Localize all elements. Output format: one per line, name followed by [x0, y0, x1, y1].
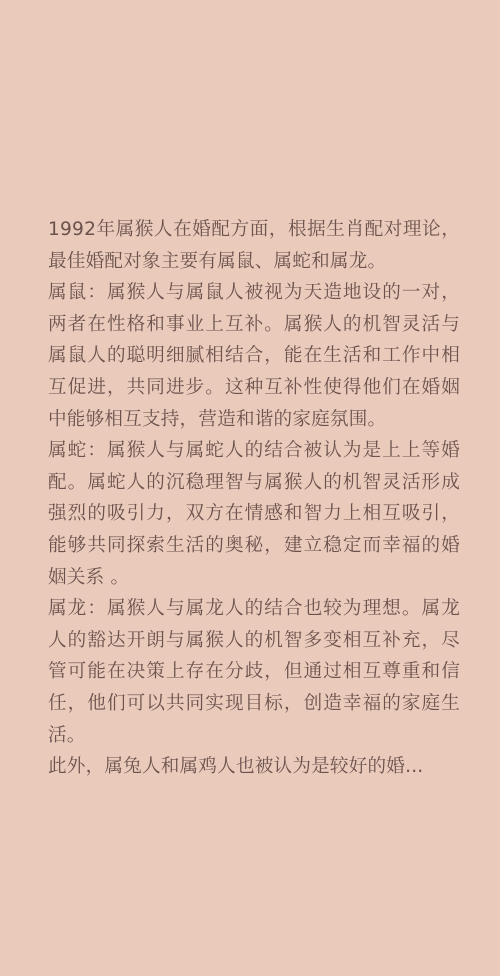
intro-paragraph: 1992年属猴人在婚配方面，根据生肖配对理论，最佳婚配对象主要有属鼠、属蛇和属龙… — [48, 214, 460, 277]
dragon-match-paragraph: 属龙：属猴人与属龙人的结合也较为理想。属龙人的豁达开朗与属猴人的机智多变相互补充… — [48, 593, 460, 751]
snake-match-paragraph: 属蛇：属猴人与属蛇人的结合被认为是上上等婚配。属蛇人的沉稳理智与属猴人的机智灵活… — [48, 435, 460, 593]
article-body: 1992年属猴人在婚配方面，根据生肖配对理论，最佳婚配对象主要有属鼠、属蛇和属龙… — [48, 214, 460, 783]
rat-match-paragraph: 属鼠：属猴人与属鼠人被视为天造地设的一对，两者在性格和事业上互补。属猴人的机智灵… — [48, 277, 460, 435]
truncated-paragraph: 此外，属兔人和属鸡人也被认为是较好的婚... — [48, 751, 460, 783]
